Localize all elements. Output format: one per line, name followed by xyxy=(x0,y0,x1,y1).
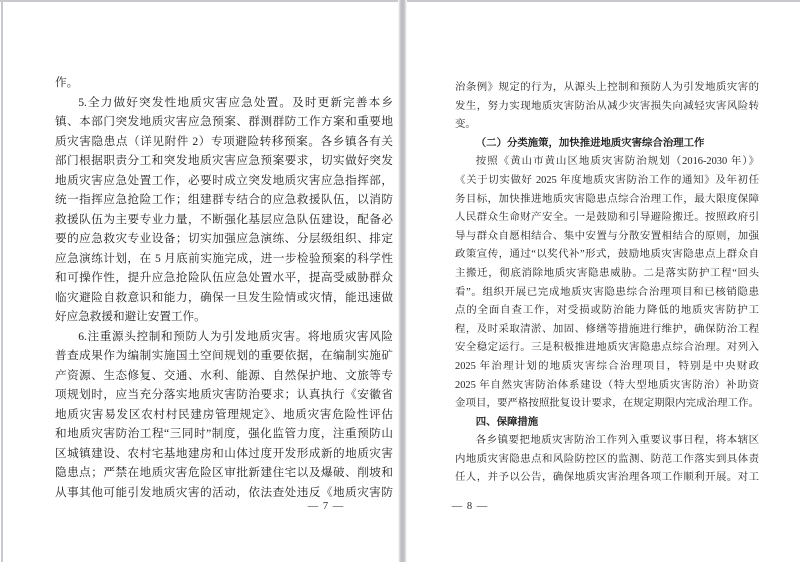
text-line: 产资源、生态修复、交通、水利、能源、自然保护地、文旅等专 xyxy=(55,366,393,386)
text-line: 6.注重源头控制和预防人为引发地质灾害。将地质灾害风险 xyxy=(55,327,393,347)
page-divider xyxy=(398,0,407,562)
page-left: 作。 5.全力做好突发性地质灾害应急处置。及时更新完善本乡 镇、本部门突发地质灾… xyxy=(3,2,398,560)
page-number: — 8 — xyxy=(440,501,500,512)
text-line: 好应急救援和避让安置工作。 xyxy=(55,307,393,327)
text-line: 务目标，加快推进地质灾害隐患点综合治理工作，最大限度保障 xyxy=(455,191,759,210)
text-line: 主搬迁，彻底消除地质灾害隐患威胁。二是落实防护工程“回头 xyxy=(455,265,759,284)
text-line: 救援队伍为主要专业力量，不断强化基层应急队伍建设，配备必 xyxy=(55,210,393,230)
text-line: 地质灾害应急处置工作，必要时成立突发地质灾害应急指挥部， xyxy=(55,171,393,191)
text-line: 应急演练计划，在 5 月底前实施完成，进一步检验预案的科学性 xyxy=(55,249,393,269)
text-line: 项规划时，应当充分落实地质灾害防治要求；认真执行《安徽省 xyxy=(55,385,393,405)
text-line: 程，及时采取清淤、加固、修缮等措施进行维护，确保防治工程 xyxy=(455,321,759,340)
text-line: 普查成果作为编制实施国土空间规划的重要依据，在编制实施矿 xyxy=(55,346,393,366)
text-line: 临灾避险自救意识和能力，确保一旦发生险情或灾情，能迅速做 xyxy=(55,288,393,308)
text-line: 内地质灾害隐患点和风险防控区的监测、防范工作落实到具体责 xyxy=(455,451,759,470)
text-line: 部门根据职责分工和突发地质灾害应急预案要求，切实做好突发 xyxy=(55,151,393,171)
text-line: 从事其他可能引发地质灾害的活动，依法查处违反《地质灾害防 xyxy=(55,483,393,503)
text-line: 地质灾害易发区农村村民建房管理规定》、地质灾害危险性评估 xyxy=(55,405,393,425)
text-line: 金项目，要严格按照批复设计要求，在规定期限内完成治理工作。 xyxy=(455,395,759,414)
text-line: 治条例》规定的行为，从源头上控制和预防人为引发地质灾害的 xyxy=(455,79,759,98)
text-line: 质灾害隐患点（详见附件 2）专项避险转移预案。各乡镇各有关 xyxy=(55,132,393,152)
text-line: 镇、本部门突发地质灾害应急预案、群测群防工作方案和重要地 xyxy=(55,112,393,132)
section-heading: （二）分类施策，加快推进地质灾害综合治理工作 xyxy=(455,135,759,154)
document-scan-view: 作。 5.全力做好突发性地质灾害应急处置。及时更新完善本乡 镇、本部门突发地质灾… xyxy=(0,0,800,562)
text-line: 作。 xyxy=(55,73,393,93)
text-line: 2025 年治理计划的地质灾害综合治理项目，特别是中央财政 xyxy=(455,358,759,377)
text-line: 区城镇建设、农村宅基地建房和山体过度开发形成新的地质灾害 xyxy=(55,444,393,464)
text-line: 看”。组织开展已完成地质灾害隐患综合治理项目和已核销隐患 xyxy=(455,284,759,303)
text-line: 和地质灾害防治工程“三同时”制度，强化监管力度，注重预防山 xyxy=(55,424,393,444)
text-line: 要的应急救灾专业设备；切实加强应急演练、分层级组织、排定 xyxy=(55,229,393,249)
text-line: 《关于切实做好 2025 年度地质灾害防治工作的通知》及年初任 xyxy=(455,172,759,191)
text-line: 5.全力做好突发性地质灾害应急处置。及时更新完善本乡 xyxy=(55,93,393,113)
text-line: 点的全面自查工作，对受损或防治能力降低的地质灾害防护工 xyxy=(455,302,759,321)
right-page-text: 治条例》规定的行为，从源头上控制和预防人为引发地质灾害的 发生，努力实现地质灾害… xyxy=(455,79,759,488)
text-line: 2025 年自然灾害防治体系建设（特大型地质灾害防治）补助资 xyxy=(455,377,759,396)
page-number: — 7 — xyxy=(296,501,356,512)
text-line: 人民群众生命财产安全。一是鼓励和引导避险搬迁。按照政府引 xyxy=(455,209,759,228)
text-line: 统一指挥应急抢险工作；组建群专结合的应急救援队伍，以消防 xyxy=(55,190,393,210)
text-line: 和可操作性，提升应急抢险队伍应急处置水平，提高受威胁群众 xyxy=(55,268,393,288)
text-line: 按照《黄山市黄山区地质灾害防治规划（2016-2030 年）》 xyxy=(455,153,759,172)
text-line: 变。 xyxy=(455,116,759,135)
page-right: 治条例》规定的行为，从源头上控制和预防人为引发地质灾害的 发生，努力实现地质灾害… xyxy=(407,2,798,560)
text-line: 发生，努力实现地质灾害防治从减少灾害损失向减轻灾害风险转 xyxy=(455,98,759,117)
text-line: 安全稳定运行。三是积极推进地质灾害隐患点综合治理。对列入 xyxy=(455,339,759,358)
text-line: 各乡镇要把地质灾害防治工作列入重要议事日程，将本辖区 xyxy=(455,432,759,451)
left-page-text: 作。 5.全力做好突发性地质灾害应急处置。及时更新完善本乡 镇、本部门突发地质灾… xyxy=(55,73,393,502)
section-heading: 四、保障措施 xyxy=(455,414,759,433)
scan-edge-left xyxy=(1,0,3,562)
text-line: 政策宣传，通过“以奖代补”形式，鼓励地质灾害隐患点上群众自 xyxy=(455,246,759,265)
text-line: 任人，并予以公告，确保地质灾害治理各项工作顺利开展。对工 xyxy=(455,469,759,488)
text-line: 隐患点；严禁在地质灾害危险区审批新建住宅以及爆破、削坡和 xyxy=(55,463,393,483)
text-line: 导与群众自愿相结合、集中安置与分散安置相结合的原则，加强 xyxy=(455,228,759,247)
